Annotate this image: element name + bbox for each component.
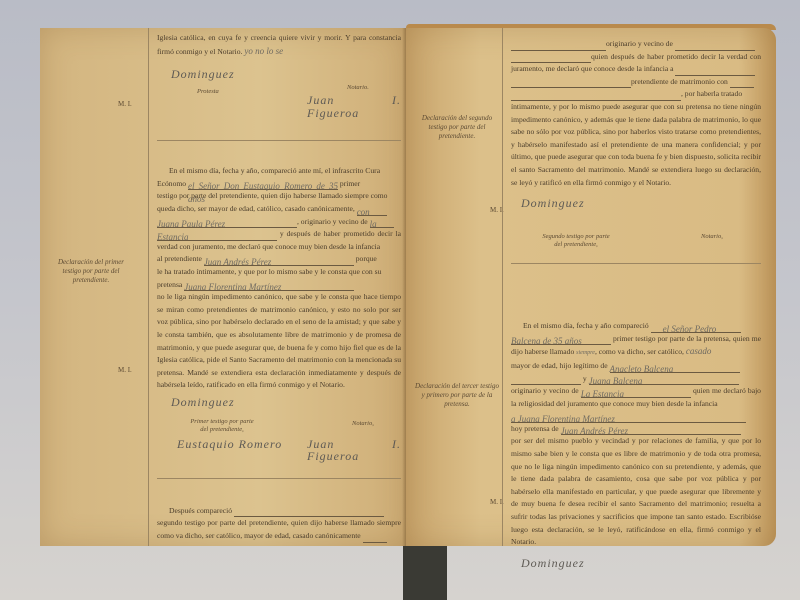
signature-priest: Dominguez: [521, 557, 585, 570]
mi-label: M. I.: [118, 100, 132, 108]
handwritten-note: yo no lo se: [244, 46, 283, 56]
groom-name-field: Juan Andrés Pérez: [204, 256, 354, 266]
right-text-column: originario y vecino de quien después de …: [502, 28, 761, 546]
label-first-witness: Primer testigo por parte del pretendient…: [187, 418, 257, 434]
label-notario: Notario,: [701, 233, 723, 241]
signature-notary: Juan I. Figueroa: [307, 438, 401, 463]
groom-name-field: Juan Andrés Pérez: [561, 425, 741, 435]
margin-note-first-witness: Declaración del primer testigo por parte…: [48, 258, 134, 285]
witness-name-field: el Señor Pedro: [651, 323, 741, 333]
label-notario: Notario,: [352, 420, 374, 428]
origin-field: Estancia: [157, 231, 277, 241]
divider: [157, 478, 401, 479]
signature-first-witness: Eustaquio Romero: [177, 438, 282, 451]
origin-field: La Estancia: [581, 388, 691, 398]
open-register-book: M. I. Declaración del primer testigo por…: [40, 28, 776, 546]
second-witness-intro: Después compareció segundo testigo por p…: [157, 505, 401, 543]
label-second-witness: Segundo testigo por parte del pretendien…: [541, 233, 611, 249]
first-witness-declaration: En el mismo día, fecha y año, compareció…: [157, 165, 401, 392]
left-text-column: Iglesia católica, en cuya fe y creencia …: [148, 28, 401, 546]
signature-priest: Dominguez: [521, 197, 585, 210]
signature-notary: Juan I. Figueroa: [307, 94, 401, 119]
bride-name-field: a Juana Florentina Martínez: [511, 413, 746, 423]
second-witness-declaration: originario y vecino de quien después de …: [511, 28, 761, 189]
divider: [511, 263, 761, 264]
third-witness-declaration: En el mismo día, fecha y año compareció …: [511, 320, 761, 549]
closing-paragraph: Iglesia católica, en cuya fe y creencia …: [157, 28, 401, 58]
spouse-name-field: Juana Paula Pérez: [157, 218, 297, 228]
margin-note-third-witness: Declaración del tercer testigo y primero…: [414, 382, 500, 409]
mother-name-field: Juana Balcena: [589, 375, 739, 385]
mi-label: M. I.: [118, 366, 132, 374]
father-name-field: Anacleto Balcena: [610, 363, 740, 373]
signature-block-2: Dominguez Primer testigo por parte del p…: [157, 392, 401, 472]
book-spine: [403, 546, 447, 600]
signature-priest: Dominguez: [171, 68, 235, 81]
signature-block-4: Dominguez: [511, 549, 761, 599]
signature-block-3: Dominguez Segundo testigo por parte del …: [511, 189, 761, 257]
left-page: M. I. Declaración del primer testigo por…: [40, 28, 406, 546]
signature-block-1: Dominguez Protesta Notario. Juan I. Figu…: [157, 58, 401, 134]
bride-name-field: Juana Florentina Martínez: [184, 281, 354, 291]
signature-priest: Dominguez: [171, 396, 235, 409]
label-notario: Notario.: [347, 84, 369, 92]
divider: [157, 140, 401, 141]
right-page: Declaración del segundo testigo por part…: [406, 28, 776, 546]
margin-note-second-witness: Declaración del segundo testigo por part…: [414, 114, 500, 141]
blank-field: [234, 507, 384, 517]
label-protesta: Protesta: [197, 88, 219, 96]
witness-name-field: el Señor Don Eustaquio Romero de 35 años: [188, 180, 338, 190]
